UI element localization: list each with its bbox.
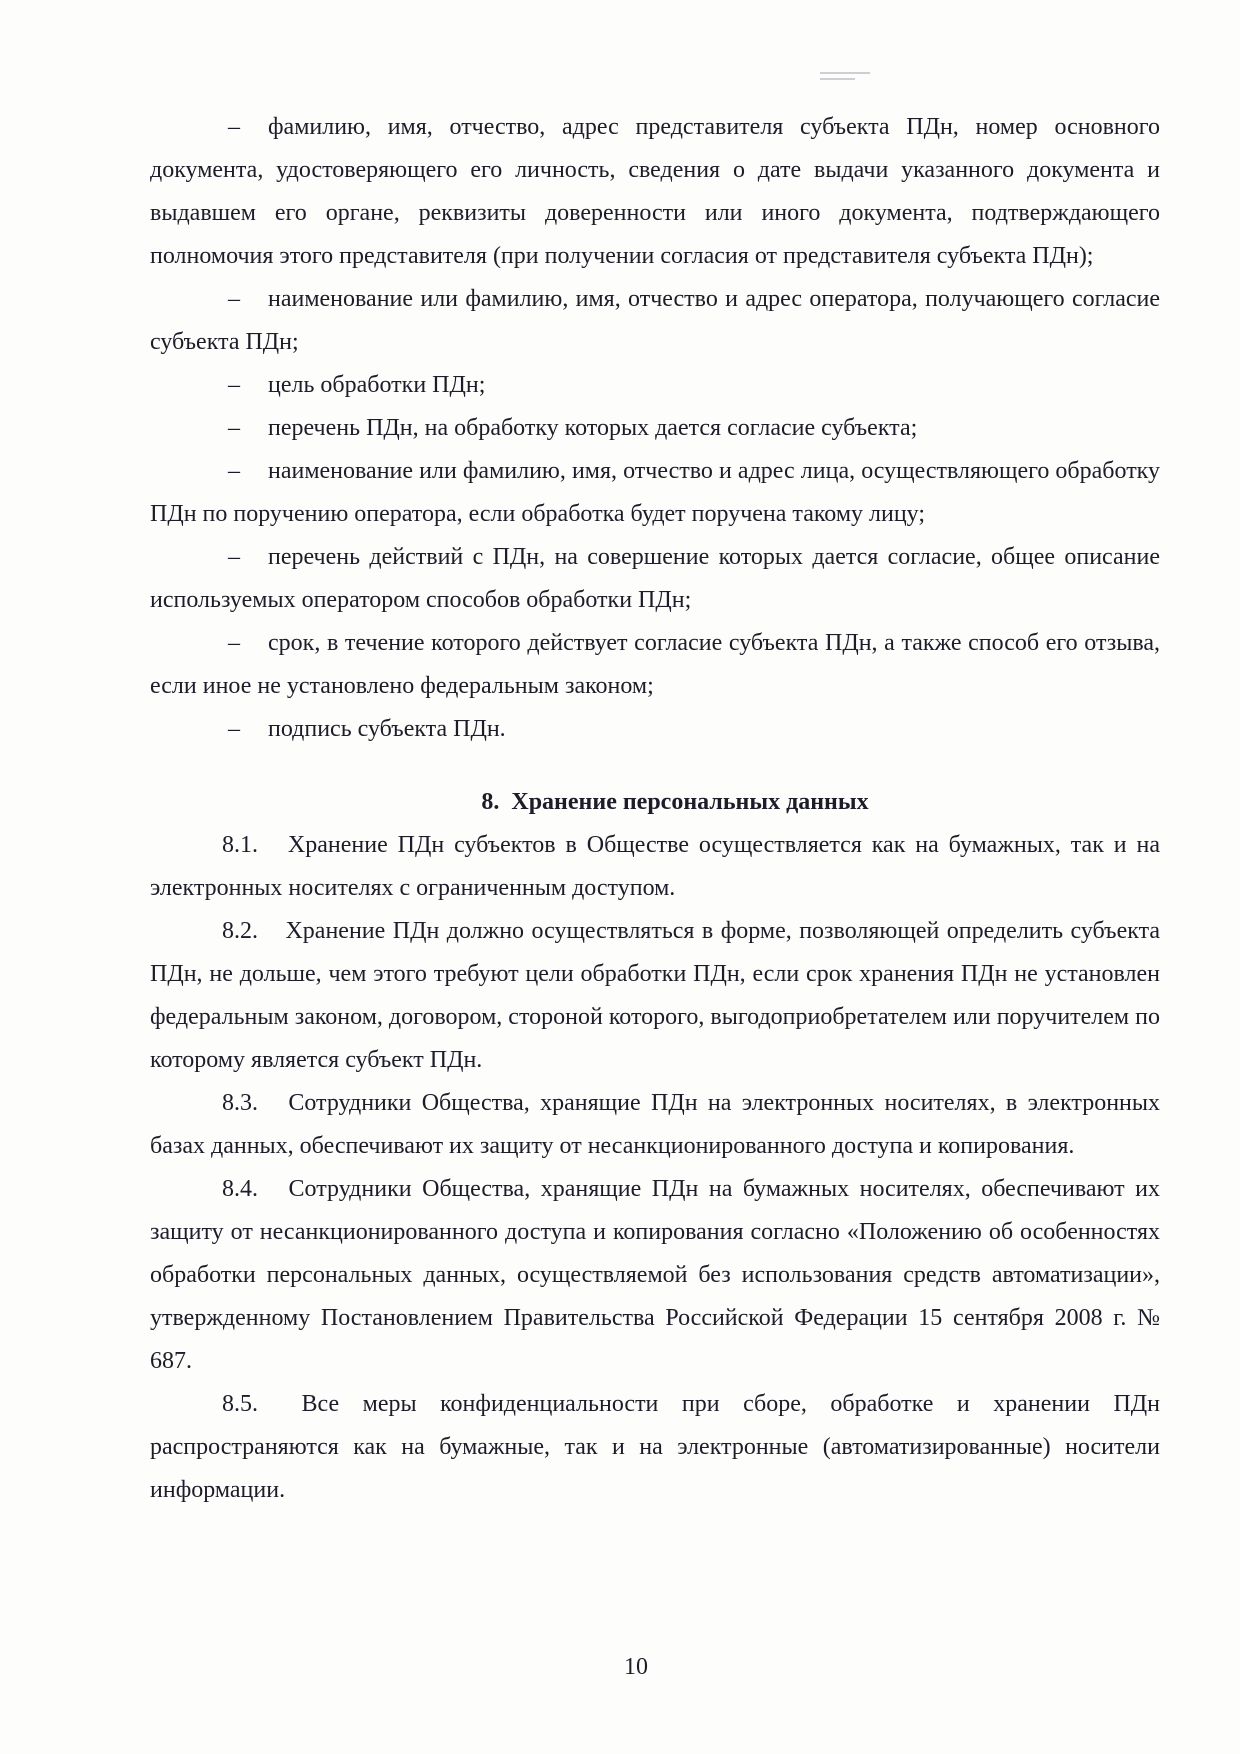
list-marker: – [228, 450, 268, 493]
section-number: 8. [481, 789, 499, 815]
paragraph-8-4: 8.4. Сотрудники Общества, хранящие ПДн н… [150, 1168, 1160, 1383]
section-heading: 8. Хранение персональных данных [150, 781, 1160, 824]
list-marker: – [228, 364, 268, 407]
list-marker: – [228, 622, 268, 665]
document-page: –фамилию, имя, отчество, адрес представи… [150, 106, 1160, 1512]
list-item: –перечень ПДн, на обработку которых дает… [150, 407, 1160, 450]
paragraph-8-2: 8.2. Хранение ПДн должно осуществляться … [150, 910, 1160, 1082]
paragraph-number: 8.1. [222, 824, 278, 867]
list-item: –подпись субъекта ПДн. [150, 708, 1160, 751]
section-paragraphs: 8.1. Хранение ПДн субъектов в Обществе о… [150, 824, 1160, 1512]
section-title: Хранение персональных данных [511, 789, 868, 815]
scan-artifact [820, 68, 870, 84]
paragraph-number: 8.3. [222, 1082, 278, 1125]
list-item: –фамилию, имя, отчество, адрес представи… [150, 106, 1160, 278]
paragraph-number: 8.4. [222, 1168, 278, 1211]
paragraph-8-5: 8.5. Все меры конфиденциальности при сбо… [150, 1383, 1160, 1512]
paragraph-number: 8.2. [222, 910, 278, 953]
list-item: –цель обработки ПДн; [150, 364, 1160, 407]
list-item: –срок, в течение которого действует согл… [150, 622, 1160, 708]
list-marker: – [228, 536, 268, 579]
consent-requirements-list: –фамилию, имя, отчество, адрес представи… [150, 106, 1160, 751]
paragraph-8-1: 8.1. Хранение ПДн субъектов в Обществе о… [150, 824, 1160, 910]
list-marker: – [228, 407, 268, 450]
page-number: 10 [0, 1654, 1240, 1681]
list-item: –наименование или фамилию, имя, отчество… [150, 450, 1160, 536]
paragraph-8-3: 8.3. Сотрудники Общества, хранящие ПДн н… [150, 1082, 1160, 1168]
list-marker: – [228, 278, 268, 321]
list-item: –наименование или фамилию, имя, отчество… [150, 278, 1160, 364]
paragraph-number: 8.5. [222, 1383, 278, 1426]
list-marker: – [228, 708, 268, 751]
list-item: –перечень действий с ПДн, на совершение … [150, 536, 1160, 622]
list-marker: – [228, 106, 268, 149]
